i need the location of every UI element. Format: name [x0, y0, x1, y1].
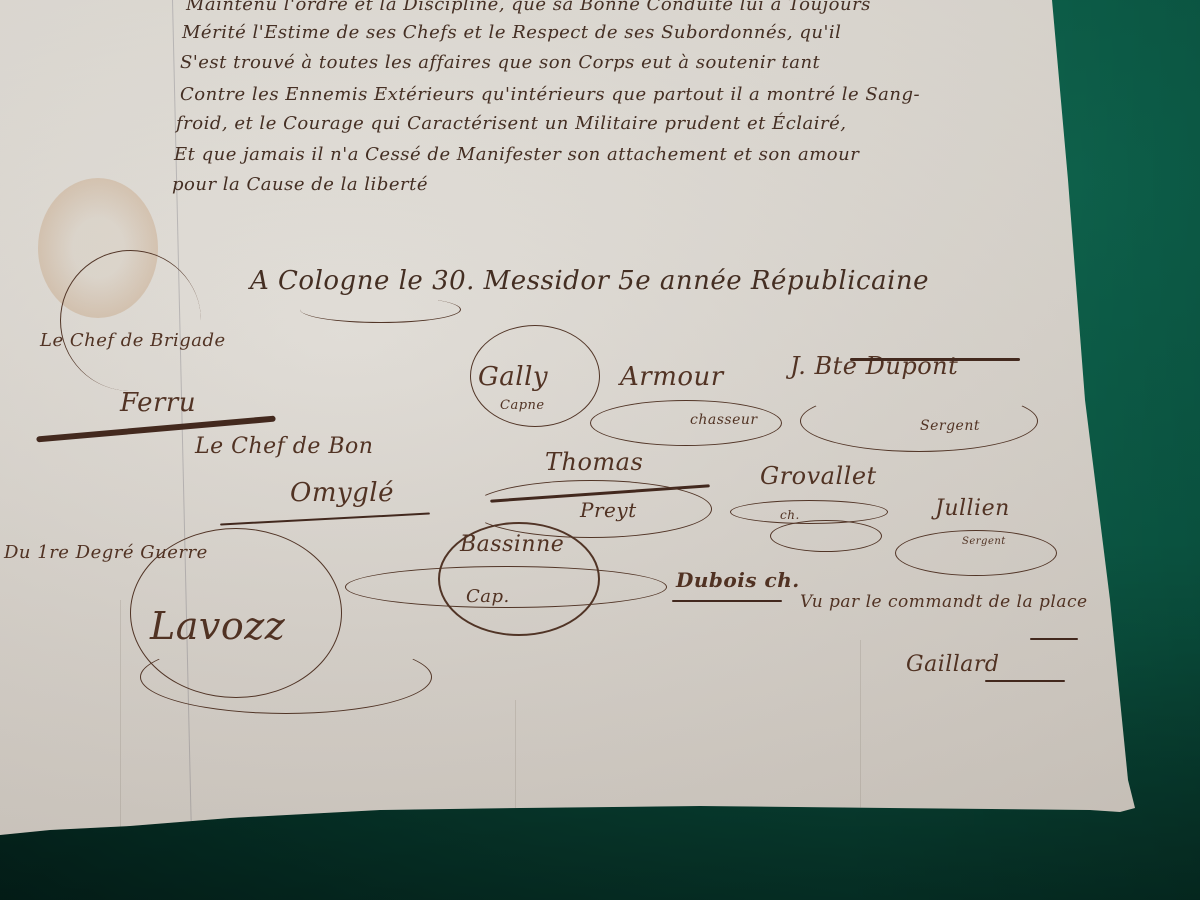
signature-jullien-loop [895, 530, 1057, 576]
body-line-3: S'est trouvé à toutes les affaires que s… [180, 52, 820, 73]
signature-gaillard-dash [1030, 638, 1078, 640]
signature-armour: Armour [620, 362, 724, 392]
signature-grovallet-title: ch. [780, 508, 800, 522]
signature-omygle: Omyglé [290, 478, 394, 508]
signature-lavozz-sweep [140, 640, 432, 714]
signature-grovallet-loop-2 [770, 520, 882, 552]
signature-lavozz-title: Du 1re Degré Guerre [4, 542, 208, 563]
signature-bassinne-loop [438, 522, 600, 636]
signature-bassinne-title: Cap. [466, 586, 510, 607]
signature-dupont: J. Bte Dupont [790, 352, 958, 380]
signature-thomas: Thomas [545, 448, 643, 476]
body-line-4: Contre les Ennemis Extérieurs qu'intérie… [180, 84, 920, 105]
signature-bassinne-sweep [345, 566, 667, 608]
signature-grovallet-loop [730, 500, 888, 524]
signature-gaillard: Gaillard [906, 652, 1000, 677]
water-stain [38, 178, 158, 318]
signature-bassinne: Bassinne [460, 532, 564, 557]
signature-preyt: Preyt [580, 498, 637, 522]
body-line-2: Mérité l'Estime de ses Chefs et le Respe… [182, 22, 841, 43]
signature-flourish [60, 250, 201, 391]
signature-dupont-loop [800, 390, 1038, 452]
signature-armour-title: chasseur [690, 412, 758, 428]
signature-jullien-title: Sergent [962, 536, 1006, 547]
signature-dupont-title: Sergent [920, 418, 980, 434]
body-line-6: Et que jamais il n'a Cessé de Manifester… [174, 144, 859, 165]
signature-armour-loop [590, 400, 782, 446]
signature-jullien: Jullien [935, 496, 1010, 521]
paper-fold [515, 700, 516, 810]
signature-omygle-stroke [220, 513, 430, 526]
signature-dubois: Dubois ch. [676, 568, 800, 592]
signature-gaillard-title: Vu par le commandt de la place [800, 592, 1088, 612]
body-line-1: Maintenu l'ordre et la Discipline, que s… [186, 0, 871, 15]
body-line-5: froid, et le Courage qui Caractérisent u… [176, 113, 847, 134]
signature-thomas-stroke [490, 484, 710, 502]
signature-preyt-loop [470, 480, 712, 538]
body-line-7: pour la Cause de la liberté [172, 174, 428, 195]
signature-title-chef-de-bon: Le Chef de Bon [195, 434, 373, 459]
signature-gally-title: Capne [500, 398, 545, 413]
signature-lavozz-loop [130, 528, 342, 698]
paper-fold [120, 600, 121, 830]
signature-title-chef-de-brigade: Le Chef de Brigade [40, 330, 226, 351]
margin-rule [172, 0, 192, 840]
signature-dubois-stroke [672, 600, 782, 602]
signature-gally-loop [470, 325, 600, 427]
signature-dupont-stroke [850, 358, 1020, 361]
dateline: A Cologne le 30. Messidor 5e année Répub… [250, 266, 929, 296]
signature-grovallet: Grovallet [760, 462, 877, 490]
signature-ferru: Ferru [120, 388, 196, 418]
dateline-flourish [300, 296, 461, 323]
signature-gaillard-stroke [985, 680, 1065, 682]
signature-gally: Gally [478, 362, 548, 392]
signature-lavozz: Lavozz [150, 604, 285, 648]
signature-ferru-stroke [36, 416, 276, 443]
paper-fold [860, 640, 861, 810]
document-paper: Maintenu l'ordre et la Discipline, que s… [0, 0, 1140, 840]
